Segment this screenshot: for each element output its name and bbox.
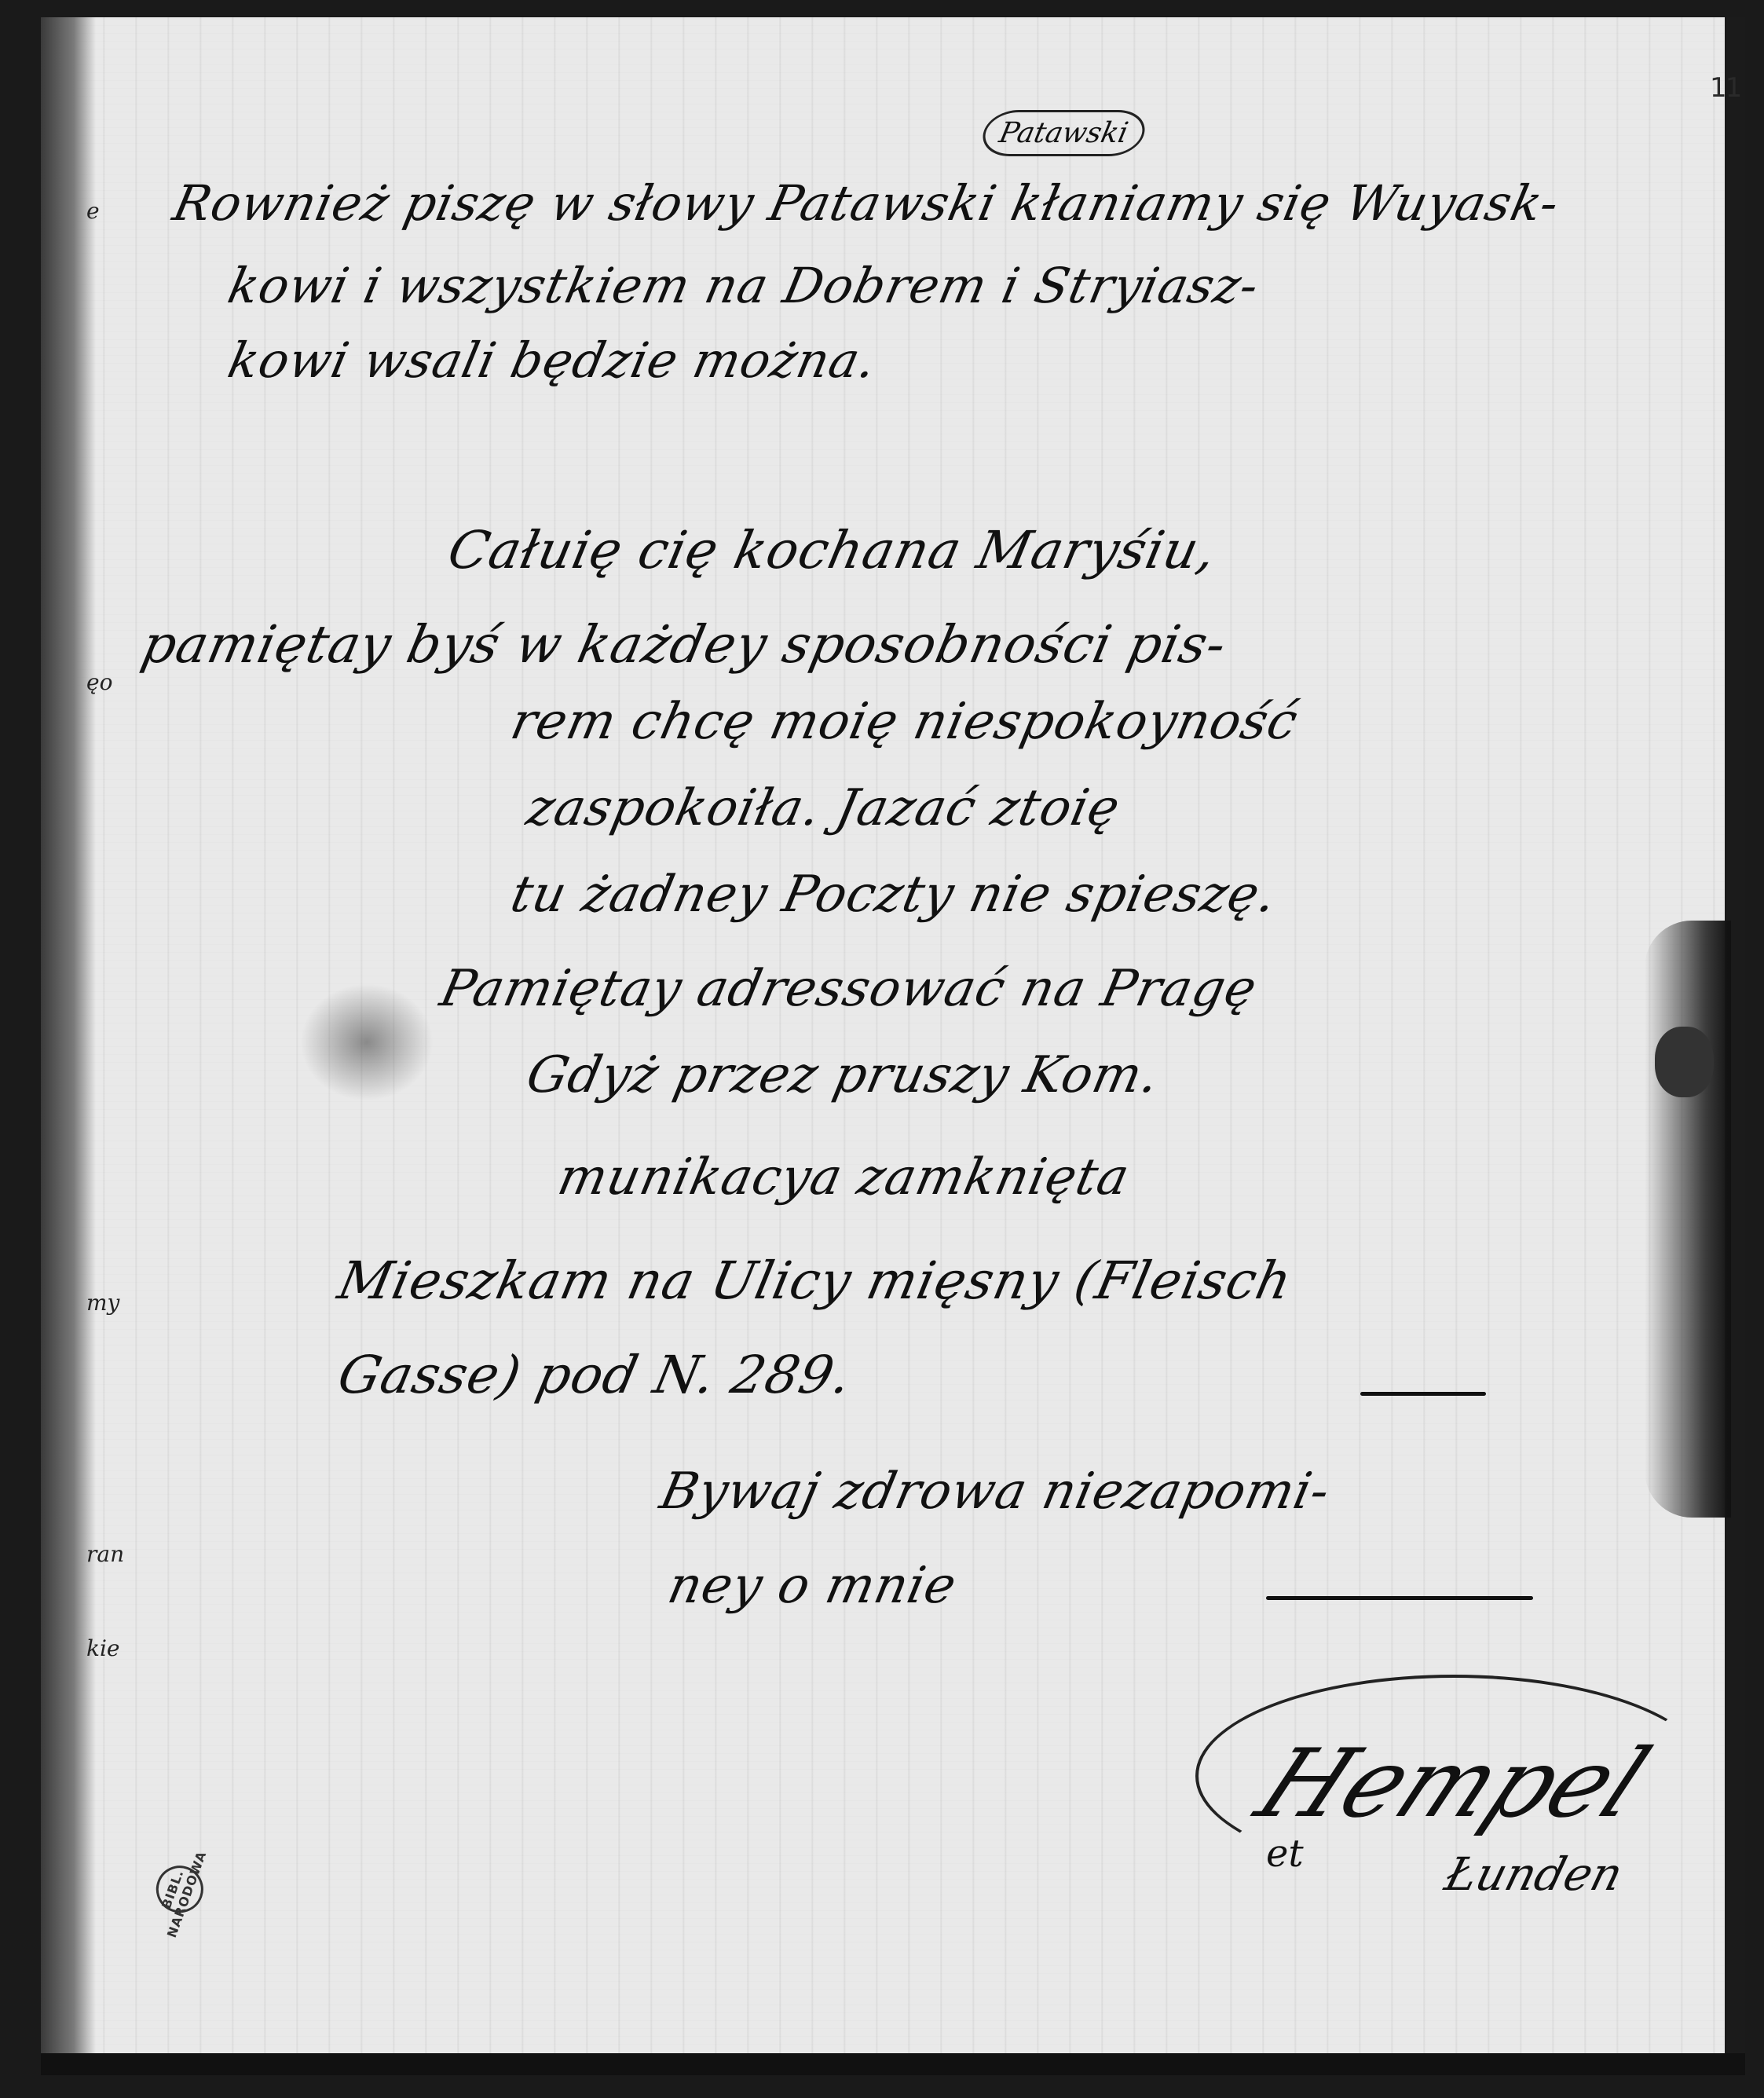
margin-fragment: my: [86, 1290, 119, 1316]
letter-line-3: kowi wsali będzie można.: [223, 331, 882, 389]
letter-line-15: ney o mnie: [663, 1557, 961, 1615]
ink-stain: [300, 983, 434, 1101]
signature-conjunction: et: [1266, 1832, 1304, 1876]
signature-second: Łunden: [1440, 1847, 1629, 1901]
letter-line-4: Całuię cię kochana Maryśiu,: [443, 520, 1222, 580]
margin-fragment: kie: [86, 1635, 120, 1661]
letter-line-1: Rownież piszę w słowy Patawski kłaniamy …: [168, 174, 1565, 232]
signature-name: Hempel: [1241, 1730, 1665, 1839]
manuscript-page: 11 Patawski e ęo my ran kie Rownież pisz…: [41, 17, 1745, 2075]
letter-line-10: Gdyż przez pruszy Kom.: [522, 1046, 1165, 1104]
torn-edge: [1645, 921, 1731, 1518]
letter-line-6: rem chcę moię niespokoyność: [506, 693, 1303, 751]
margin-fragment: e: [86, 198, 100, 224]
letter-line-14: Bywaj zdrowa niezapomi-: [655, 1463, 1335, 1521]
letter-line-2: kowi i wszystkiem na Dobrem i Stryiasz-: [223, 257, 1264, 314]
letter-line-7: zaspokoiła. Jazać ztoię: [522, 779, 1125, 837]
letter-line-13: Gasse) pod N. 289.: [333, 1345, 858, 1405]
letter-line-12: Mieszkam na Ulicy mięsny (Fleisch: [333, 1250, 1297, 1311]
interlinear-insertion: Patawski: [979, 110, 1149, 156]
library-stamp: BIBL. NARODOWA: [122, 1836, 232, 1946]
letter-line-11: munikacya zamknięta: [553, 1148, 1135, 1206]
margin-fragment: ęo: [86, 669, 112, 695]
closing-rule: [1266, 1596, 1533, 1600]
page-number: 11: [1710, 72, 1740, 104]
underline-rule: [1360, 1392, 1486, 1396]
letter-line-9: Pamiętay adressować na Pragę: [435, 960, 1262, 1018]
letter-line-5: pamiętay byś w każdey sposobności pis-: [137, 614, 1232, 675]
wax-seal-remnant: [1655, 1027, 1714, 1097]
margin-fragment: ran: [86, 1541, 124, 1567]
binding-shadow: [41, 17, 96, 2075]
letter-line-8: tu żadney Poczty nie spieszę.: [506, 866, 1282, 924]
film-edge-bottom: [41, 2053, 1745, 2075]
